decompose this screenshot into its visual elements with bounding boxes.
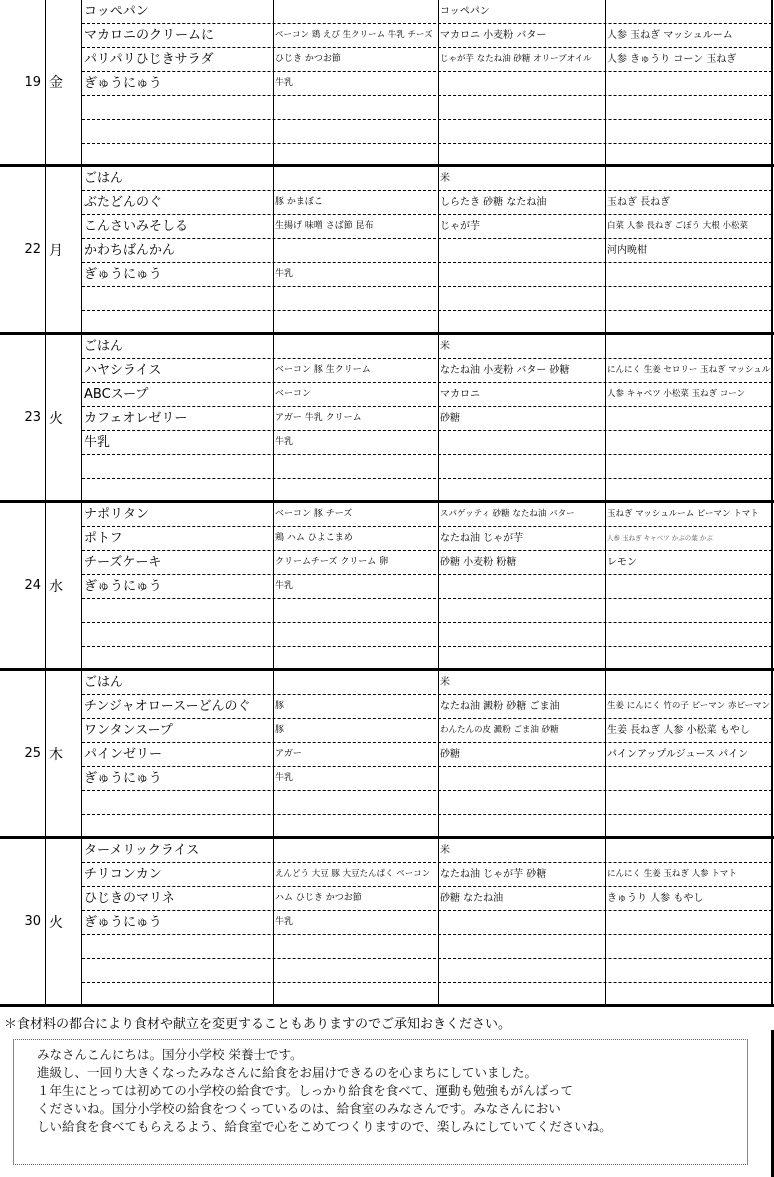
red-group-cell (275, 839, 438, 862)
yellow-group-cell: なたね油 じゃが芋 砂糖 (440, 863, 604, 886)
table-row: ポトフ鶏 ハム ひよこまめなたね油 じゃが芋人参 玉ねぎ キャベツ かぶの葉 か… (82, 527, 772, 551)
dish-name-cell (84, 144, 272, 167)
dish-name-cell: コッペパン (84, 0, 272, 23)
table-row: かわちばんかん河内晩柑 (82, 239, 772, 263)
red-group-cell (275, 671, 438, 694)
day-section-19: 19金コッペパンコッペパンマカロニのクリームにベーコン 鶏 えび 生クリーム 牛… (0, 0, 774, 167)
yellow-group-cell (440, 911, 604, 934)
red-group-cell (275, 287, 438, 310)
green-group-cell: 人参 キャベツ 小松菜 玉ねぎ コーン (607, 383, 771, 406)
green-group-cell (607, 599, 771, 622)
green-group-cell (607, 120, 771, 143)
yellow-group-cell: 砂糖 小麦粉 粉糖 (440, 551, 604, 574)
red-group-cell: ベーコン 豚 チーズ (275, 503, 438, 526)
dish-name-cell (84, 479, 272, 502)
red-group-cell (275, 120, 438, 143)
table-row (82, 479, 772, 503)
green-group-cell: 白菜 人参 長ねぎ ごぼう 大根 小松菜 (607, 215, 771, 238)
dish-name-cell (84, 455, 272, 478)
red-group-cell (275, 144, 438, 167)
date-cell: 19 (0, 0, 44, 164)
table-row: ナポリタンベーコン 豚 チーズスパゲッティ 砂糖 なたね油 バター玉ねぎ マッシ… (82, 503, 772, 527)
yellow-group-cell (440, 575, 604, 598)
red-group-cell (275, 311, 438, 334)
table-row: ABCスープベーコンマカロニ人参 キャベツ 小松菜 玉ねぎ コーン (82, 383, 772, 407)
dish-name-cell: チンジャオロースーどんのぐ (84, 695, 272, 718)
red-group-cell (275, 959, 438, 982)
green-group-cell (607, 335, 771, 358)
menu-rows: ナポリタンベーコン 豚 チーズスパゲッティ 砂糖 なたね油 バター玉ねぎ マッシ… (82, 503, 772, 671)
green-group-cell (607, 144, 771, 167)
table-row (82, 144, 772, 168)
green-group-cell (607, 479, 771, 502)
menu-rows: ターメリックライス米チリコンカンえんどう 大豆 豚 大豆たんぱく ベーコンなたね… (82, 839, 772, 1007)
red-group-cell (275, 599, 438, 622)
red-group-cell: 牛乳 (275, 911, 438, 934)
date-cell: 30 (0, 839, 44, 1004)
table-row: コッペパンコッペパン (82, 0, 772, 24)
dish-name-cell: パインゼリー (84, 743, 272, 766)
green-group-cell (607, 287, 771, 310)
dish-name-cell: ハヤシライス (84, 359, 272, 382)
green-group-cell: 人参 玉ねぎ キャベツ かぶの葉 かぶ (607, 527, 771, 550)
table-row (82, 935, 772, 959)
table-row: パリパリひじきサラダひじき かつお節じゃが芋 なたね油 砂糖 オリーブオイル人参… (82, 48, 772, 72)
table-row: ごはん米 (82, 671, 772, 695)
red-group-cell: 豚 (275, 719, 438, 742)
message-line: くださいね。国分小学校の給食をつくっているのは、給食室のみなさんです。みなさんに… (37, 1100, 747, 1118)
date-cell: 22 (0, 167, 44, 332)
green-group-cell: 玉ねぎ マッシュルーム ピーマン トマト (607, 503, 771, 526)
green-group-cell: レモン (607, 551, 771, 574)
menu-rows: ごはん米ハヤシライスベーコン 豚 生クリームなたね油 小麦粉 バター 砂糖にんに… (82, 335, 772, 503)
red-group-cell: ベーコン 鶏 えび 生クリーム 牛乳 チーズ (275, 24, 438, 47)
yellow-group-cell: なたね油 じゃが芋 (440, 527, 604, 550)
table-row (82, 983, 772, 1007)
green-group-cell: にんにく 生姜 セロリー 玉ねぎ マッシュルーム エリンギ しめじ (607, 359, 771, 382)
red-group-cell (275, 167, 438, 190)
message-line: 進級し、一回り大きくなったみなさんに給食をお届けできるのを心まちにしていました。 (37, 1064, 747, 1082)
table-row: ハヤシライスベーコン 豚 生クリームなたね油 小麦粉 バター 砂糖にんにく 生姜… (82, 359, 772, 383)
green-group-cell (607, 623, 771, 646)
footer-note: ＊食材料の都合により食材や献立を変更することもありますのでご承知おきください。 (4, 1013, 511, 1032)
green-group-cell (607, 431, 771, 454)
red-group-cell: ひじき かつお節 (275, 48, 438, 71)
day-section-22: 22月ごはん米ぶたどんのぐ豚 かまぼこしらたき 砂糖 なたね油玉ねぎ 長ねぎこん… (0, 167, 774, 335)
table-row: チンジャオロースーどんのぐ豚なたね油 澱粉 砂糖 ごま油生姜 にんにく 竹の子 … (82, 695, 772, 719)
red-group-cell: 牛乳 (275, 263, 438, 286)
table-row: ひじきのマリネハム ひじき かつお節砂糖 なたね油きゅうり 人参 もやし (82, 887, 772, 911)
yellow-group-cell: 砂糖 (440, 743, 604, 766)
green-group-cell (607, 96, 771, 119)
weekday-cell: 木 (46, 671, 83, 836)
green-group-cell (607, 311, 771, 334)
red-group-cell: 牛乳 (275, 575, 438, 598)
red-group-cell: アガー 牛乳 クリーム (275, 407, 438, 430)
green-group-cell (607, 575, 771, 598)
table-row: ぎゅうにゅう牛乳 (82, 72, 772, 96)
dish-name-cell (84, 983, 272, 1006)
table-row (82, 623, 772, 647)
yellow-group-cell (440, 287, 604, 310)
table-row (82, 599, 772, 623)
red-group-cell (275, 935, 438, 958)
yellow-group-cell: じゃが芋 (440, 215, 604, 238)
yellow-group-cell (440, 479, 604, 502)
green-group-cell (607, 263, 771, 286)
table-row (82, 815, 772, 839)
green-group-cell: パインアップルジュース パイン (607, 743, 771, 766)
day-section-24: 24水ナポリタンベーコン 豚 チーズスパゲッティ 砂糖 なたね油 バター玉ねぎ … (0, 503, 774, 671)
red-group-cell: 牛乳 (275, 72, 438, 95)
green-group-cell (607, 0, 771, 23)
dish-name-cell: ぎゅうにゅう (84, 72, 272, 95)
dish-name-cell: ぎゅうにゅう (84, 263, 272, 286)
table-row (82, 647, 772, 671)
dish-name-cell: かわちばんかん (84, 239, 272, 262)
green-group-cell (607, 455, 771, 478)
dish-name-cell: カフェオレゼリー (84, 407, 272, 430)
green-group-cell: にんにく 生姜 玉ねぎ 人参 トマト (607, 863, 771, 886)
dish-name-cell: ぎゅうにゅう (84, 911, 272, 934)
table-row (82, 311, 772, 335)
yellow-group-cell (440, 647, 604, 670)
yellow-group-cell (440, 144, 604, 167)
yellow-group-cell (440, 935, 604, 958)
yellow-group-cell (440, 815, 604, 838)
yellow-group-cell (440, 599, 604, 622)
red-group-cell: ハム ひじき かつお節 (275, 887, 438, 910)
yellow-group-cell (440, 96, 604, 119)
green-group-cell: 生姜 にんにく 竹の子 ピーマン 赤ピーマン (607, 695, 771, 718)
green-group-cell: 生姜 長ねぎ 人参 小松菜 もやし (607, 719, 771, 742)
yellow-group-cell: なたね油 澱粉 砂糖 ごま油 (440, 695, 604, 718)
green-group-cell: 人参 きゅうり コーン 玉ねぎ (607, 48, 771, 71)
table-row (82, 455, 772, 479)
table-row: チーズケーキクリームチーズ クリーム 卵砂糖 小麦粉 粉糖レモン (82, 551, 772, 575)
dish-name-cell: ワンタンスープ (84, 719, 272, 742)
green-group-cell (607, 791, 771, 814)
yellow-group-cell (440, 72, 604, 95)
dish-name-cell (84, 815, 272, 838)
dish-name-cell (84, 647, 272, 670)
day-section-25: 25木ごはん米チンジャオロースーどんのぐ豚なたね油 澱粉 砂糖 ごま油生姜 にん… (0, 671, 774, 839)
dish-name-cell: ごはん (84, 335, 272, 358)
yellow-group-cell: コッペパン (440, 0, 604, 23)
yellow-group-cell: スパゲッティ 砂糖 なたね油 バター (440, 503, 604, 526)
dish-name-cell (84, 791, 272, 814)
table-row: 牛乳牛乳 (82, 431, 772, 455)
green-group-cell (607, 167, 771, 190)
dish-name-cell (84, 935, 272, 958)
table-row: カフェオレゼリーアガー 牛乳 クリーム砂糖 (82, 407, 772, 431)
weekday-cell: 火 (46, 839, 83, 1004)
green-group-cell (607, 671, 771, 694)
yellow-group-cell: わんたんの皮 澱粉 ごま油 砂糖 (440, 719, 604, 742)
dish-name-cell: マカロニのクリームに (84, 24, 272, 47)
red-group-cell (275, 479, 438, 502)
table-row: ぎゅうにゅう牛乳 (82, 263, 772, 287)
green-group-cell: 玉ねぎ 長ねぎ (607, 191, 771, 214)
dish-name-cell: ぎゅうにゅう (84, 575, 272, 598)
table-row: パインゼリーアガー砂糖パインアップルジュース パイン (82, 743, 772, 767)
date-cell: 25 (0, 671, 44, 836)
weekday-cell: 月 (46, 167, 83, 332)
dish-name-cell: ターメリックライス (84, 839, 272, 862)
table-row: ごはん米 (82, 167, 772, 191)
yellow-group-cell: マカロニ 小麦粉 バター (440, 24, 604, 47)
yellow-group-cell (440, 959, 604, 982)
date-cell: 24 (0, 503, 44, 668)
red-group-cell: 生揚げ 味噌 さば節 昆布 (275, 215, 438, 238)
green-group-cell (607, 959, 771, 982)
day-section-23: 23火ごはん米ハヤシライスベーコン 豚 生クリームなたね油 小麦粉 バター 砂糖… (0, 335, 774, 503)
yellow-group-cell: マカロニ (440, 383, 604, 406)
red-group-cell: クリームチーズ クリーム 卵 (275, 551, 438, 574)
table-row: ぎゅうにゅう牛乳 (82, 767, 772, 791)
message-line: みなさんこんにちは。国分小学校 栄養士です。 (37, 1046, 747, 1064)
table-row: こんさいみそしる生揚げ 味噌 さば節 昆布じゃが芋白菜 人参 長ねぎ ごぼう 大… (82, 215, 772, 239)
table-row (82, 120, 772, 144)
table-row: ごはん米 (82, 335, 772, 359)
green-group-cell (607, 911, 771, 934)
yellow-group-cell: 砂糖 なたね油 (440, 887, 604, 910)
yellow-group-cell: 米 (440, 335, 604, 358)
dish-name-cell: こんさいみそしる (84, 215, 272, 238)
yellow-group-cell (440, 120, 604, 143)
dish-name-cell (84, 599, 272, 622)
red-group-cell (275, 335, 438, 358)
red-group-cell: 豚 (275, 695, 438, 718)
red-group-cell: 牛乳 (275, 431, 438, 454)
date-cell: 23 (0, 335, 44, 500)
red-group-cell (275, 455, 438, 478)
table-row: ワンタンスープ豚わんたんの皮 澱粉 ごま油 砂糖生姜 長ねぎ 人参 小松菜 もや… (82, 719, 772, 743)
red-group-cell: 鶏 ハム ひよこまめ (275, 527, 438, 550)
dish-name-cell (84, 959, 272, 982)
yellow-group-cell (440, 767, 604, 790)
dish-name-cell: ひじきのマリネ (84, 887, 272, 910)
dish-name-cell (84, 623, 272, 646)
red-group-cell (275, 239, 438, 262)
yellow-group-cell: 米 (440, 839, 604, 862)
menu-rows: ごはん米チンジャオロースーどんのぐ豚なたね油 澱粉 砂糖 ごま油生姜 にんにく … (82, 671, 772, 839)
yellow-group-cell: なたね油 小麦粉 バター 砂糖 (440, 359, 604, 382)
red-group-cell (275, 983, 438, 1006)
yellow-group-cell (440, 239, 604, 262)
dish-name-cell: 牛乳 (84, 431, 272, 454)
message-box: みなさんこんにちは。国分小学校 栄養士です。 進級し、一回り大きくなったみなさん… (13, 1039, 748, 1165)
yellow-group-cell (440, 455, 604, 478)
red-group-cell (275, 647, 438, 670)
yellow-group-cell (440, 263, 604, 286)
yellow-group-cell (440, 623, 604, 646)
red-group-cell (275, 791, 438, 814)
green-group-cell (607, 935, 771, 958)
table-row: ターメリックライス米 (82, 839, 772, 863)
red-group-cell: アガー (275, 743, 438, 766)
message-line: １年生にとっては初めての小学校の給食です。しっかり給食を食べて、運動も勉強もがん… (37, 1082, 747, 1100)
yellow-group-cell (440, 791, 604, 814)
yellow-group-cell (440, 983, 604, 1006)
green-group-cell (607, 839, 771, 862)
dish-name-cell: ぶたどんのぐ (84, 191, 272, 214)
weekday-cell: 金 (46, 0, 83, 164)
red-group-cell: ベーコン 豚 生クリーム (275, 359, 438, 382)
dish-name-cell: ナポリタン (84, 503, 272, 526)
table-row: ぎゅうにゅう牛乳 (82, 911, 772, 935)
red-group-cell (275, 0, 438, 23)
green-group-cell (607, 72, 771, 95)
dish-name-cell: チリコンカン (84, 863, 272, 886)
day-section-30: 30火ターメリックライス米チリコンカンえんどう 大豆 豚 大豆たんぱく ベーコン… (0, 839, 774, 1007)
red-group-cell (275, 96, 438, 119)
table-row: ぎゅうにゅう牛乳 (82, 575, 772, 599)
yellow-group-cell: 砂糖 (440, 407, 604, 430)
table-row (82, 287, 772, 311)
weekday-cell: 水 (46, 503, 83, 668)
table-row (82, 791, 772, 815)
dish-name-cell: ごはん (84, 167, 272, 190)
green-group-cell (607, 647, 771, 670)
red-group-cell: 豚 かまぼこ (275, 191, 438, 214)
green-group-cell: 人参 玉ねぎ マッシュルーム (607, 24, 771, 47)
menu-rows: ごはん米ぶたどんのぐ豚 かまぼこしらたき 砂糖 なたね油玉ねぎ 長ねぎこんさいみ… (82, 167, 772, 335)
green-group-cell (607, 983, 771, 1006)
dish-name-cell: パリパリひじきサラダ (84, 48, 272, 71)
red-group-cell (275, 623, 438, 646)
weekday-cell: 火 (46, 335, 83, 500)
table-row: チリコンカンえんどう 大豆 豚 大豆たんぱく ベーコンなたね油 じゃが芋 砂糖に… (82, 863, 772, 887)
red-group-cell: ベーコン (275, 383, 438, 406)
yellow-group-cell: 米 (440, 671, 604, 694)
green-group-cell (607, 407, 771, 430)
red-group-cell (275, 815, 438, 838)
yellow-group-cell: しらたき 砂糖 なたね油 (440, 191, 604, 214)
table-row (82, 959, 772, 983)
table-row (82, 96, 772, 120)
red-group-cell: 牛乳 (275, 767, 438, 790)
dish-name-cell: チーズケーキ (84, 551, 272, 574)
yellow-group-cell: じゃが芋 なたね油 砂糖 オリーブオイル (440, 48, 604, 71)
menu-rows: コッペパンコッペパンマカロニのクリームにベーコン 鶏 えび 生クリーム 牛乳 チ… (82, 0, 772, 168)
green-group-cell (607, 767, 771, 790)
dish-name-cell: ぎゅうにゅう (84, 767, 272, 790)
dish-name-cell: ポトフ (84, 527, 272, 550)
red-group-cell: えんどう 大豆 豚 大豆たんぱく ベーコン (275, 863, 438, 886)
dish-name-cell (84, 287, 272, 310)
dish-name-cell (84, 96, 272, 119)
dish-name-cell (84, 311, 272, 334)
dish-name-cell (84, 120, 272, 143)
menu-table: 19金コッペパンコッペパンマカロニのクリームにベーコン 鶏 えび 生クリーム 牛… (0, 0, 774, 1007)
yellow-group-cell: 米 (440, 167, 604, 190)
green-group-cell: きゅうり 人参 もやし (607, 887, 771, 910)
dish-name-cell: ABCスープ (84, 383, 272, 406)
green-group-cell: 河内晩柑 (607, 239, 771, 262)
yellow-group-cell (440, 431, 604, 454)
green-group-cell (607, 815, 771, 838)
table-row: ぶたどんのぐ豚 かまぼこしらたき 砂糖 なたね油玉ねぎ 長ねぎ (82, 191, 772, 215)
dish-name-cell: ごはん (84, 671, 272, 694)
table-row: マカロニのクリームにベーコン 鶏 えび 生クリーム 牛乳 チーズマカロニ 小麦粉… (82, 24, 772, 48)
yellow-group-cell (440, 311, 604, 334)
message-line: しい給食を食べてもらえるよう、給食室で心をこめてつくりますので、楽しみにしていて… (37, 1118, 747, 1136)
